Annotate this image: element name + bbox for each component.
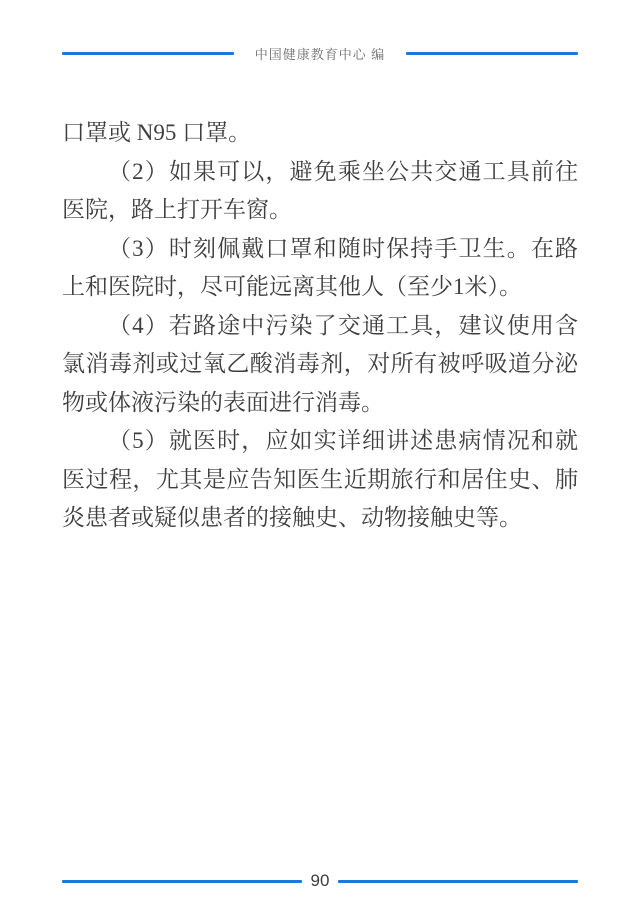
paragraph-item-2: （2）如果可以，避免乘坐公共交通工具前往医院，路上打开车窗。	[62, 153, 578, 230]
paragraph-item-4: （4）若路途中污染了交通工具，建议使用含氯消毒剂或过氧乙酸消毒剂，对所有被呼吸道…	[62, 307, 578, 423]
header-rule-left	[62, 52, 234, 55]
paragraph-continuation: 口罩或 N95 口罩。	[62, 114, 578, 153]
header-rule-right	[406, 52, 578, 55]
footer-rule-left	[62, 880, 302, 883]
page-footer: 90	[62, 871, 578, 891]
page-header: 中国健康教育中心 编	[62, 44, 578, 62]
paragraph-item-5: （5）就医时，应如实详细讲述患病情况和就医过程，尤其是应告知医生近期旅行和居住史…	[62, 422, 578, 538]
book-page: 中国健康教育中心 编 口罩或 N95 口罩。 （2）如果可以，避免乘坐公共交通工…	[0, 0, 640, 917]
paragraph-item-3: （3）时刻佩戴口罩和随时保持手卫生。在路上和医院时，尽可能远离其他人（至少1米）…	[62, 230, 578, 307]
header-title: 中国健康教育中心 编	[234, 44, 407, 63]
body-text-block: 口罩或 N95 口罩。 （2）如果可以，避免乘坐公共交通工具前往医院，路上打开车…	[62, 114, 578, 538]
footer-rule-right	[338, 880, 578, 883]
page-number: 90	[302, 871, 339, 891]
